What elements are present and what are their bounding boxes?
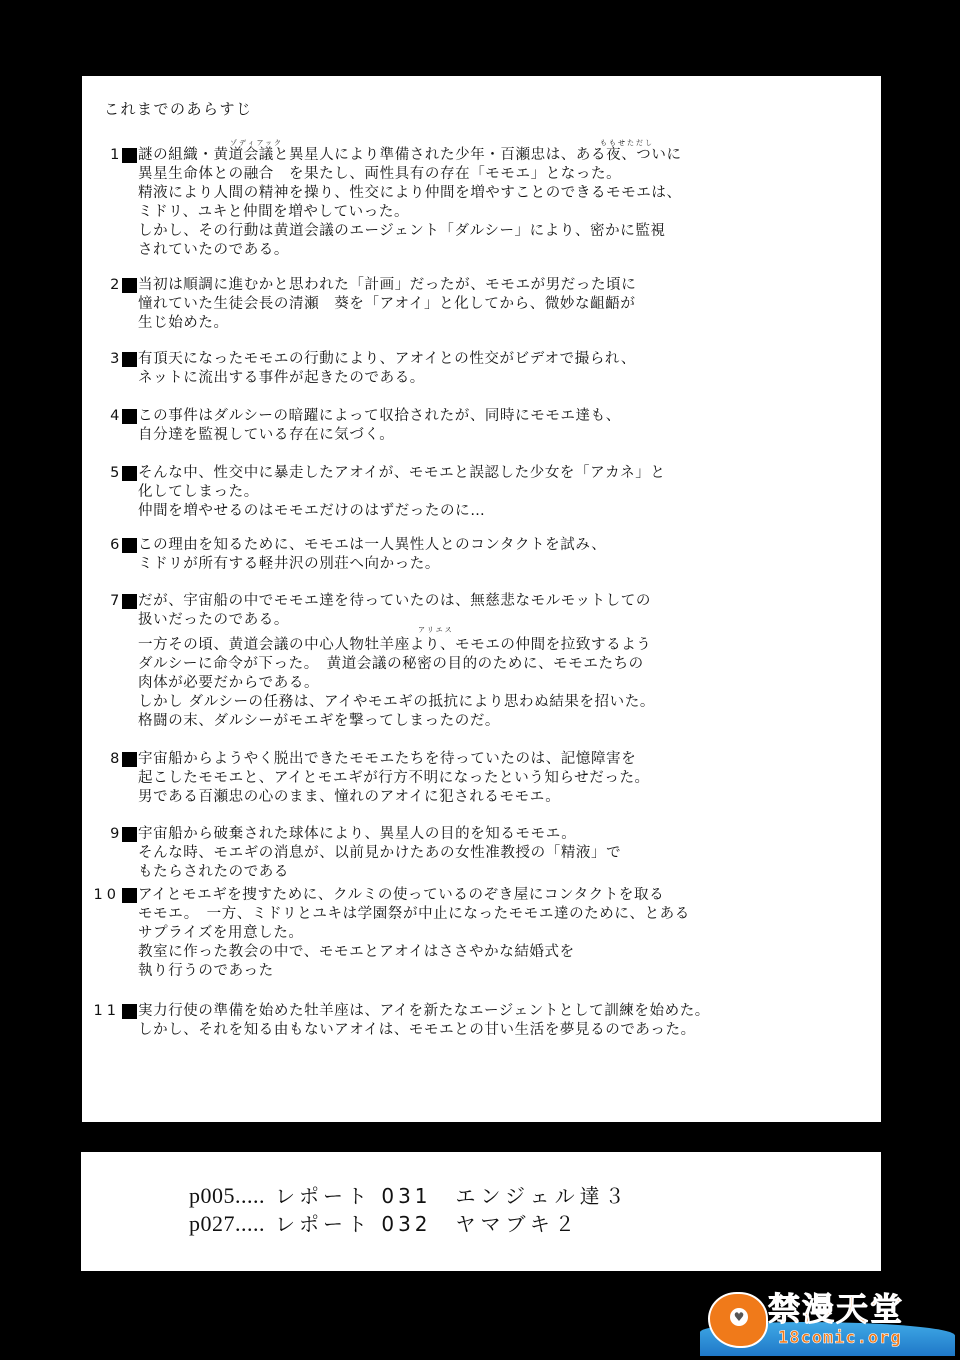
ruby-annotation: ゾディアック [230, 134, 283, 153]
bullet-square-icon [122, 352, 137, 367]
item-number: 4 [100, 407, 120, 426]
item-number: 6 [100, 536, 120, 555]
synopsis-item: 2 当初は順調に進むかと思われた「計画」だったが、モモエが男だった頃に 憧れてい… [100, 276, 636, 333]
text-line: 扱いだったのである。 [138, 611, 655, 630]
bullet-square-icon [122, 278, 137, 293]
text-line: 当初は順調に進むかと思われた「計画」だったが、モモエが男だった頃に [138, 276, 636, 295]
text-line: もたらされたのである [138, 863, 621, 882]
text-line: この事件はダルシーの暗躍によって収拾されたが、同時にモモエ達も、 [138, 407, 621, 426]
watermark-logo: ♥ 禁漫天堂 18comic.org [700, 1278, 955, 1356]
ruby-annotation: アリエス [418, 621, 454, 640]
text-line: 化してしまった。 [138, 483, 665, 502]
text-line: 異星生命体との融合 を果たし、両性具有の存在「モモエ」となった。 [138, 165, 682, 184]
text-line: ミドリ、ユキと仲間を増やしていった。 [138, 203, 682, 222]
synopsis-item: 9 宇宙船から破棄された球体により、異星人の目的を知るモモエ。 そんな時、モエギ… [100, 825, 621, 882]
synopsis-item: 8 宇宙船からようやく脱出できたモモエたちを待っていたのは、記憶障害を 起こした… [100, 750, 650, 807]
text-line: ネットに流出する事件が起きたのである。 [138, 369, 636, 388]
synopsis-panel: これまでのあらすじ 1 ゾディアック ももせただし 謎の組織・黄道会議と異星人に… [82, 76, 881, 1122]
bullet-square-icon [122, 594, 137, 609]
toc-title: ヤマブキ２ [456, 1212, 580, 1236]
bullet-square-icon [122, 888, 137, 903]
bullet-square-icon [122, 752, 137, 767]
item-number: 2 [100, 276, 120, 295]
item-number: 11 [84, 1002, 120, 1021]
toc-entry: p027.....レポート 032ヤマブキ２ [189, 1208, 590, 1237]
ruby-annotation: ももせただし [600, 134, 654, 153]
text-line: ミドリが所有する軽井沢の別荘へ向かった。 [138, 555, 606, 574]
watermark-url: 18comic.org [778, 1328, 902, 1348]
bullet-square-icon [122, 466, 137, 481]
text-line: この理由を知るために、モモエは一人異性人とのコンタクトを試み、 [138, 536, 606, 555]
text-line: 一方その頃、黄道会議の中心人物牡羊座より、モモエの仲間を拉致するよう [138, 636, 655, 655]
toc-entry: p005.....レポート 031エンジェル達３ [189, 1180, 640, 1209]
watermark-title: 禁漫天堂 [768, 1284, 904, 1330]
whale-heart-icon: ♥ [708, 1292, 768, 1348]
synopsis-item: 3 有頂天になったモモエの行動により、アオイとの性交がビデオで撮られ、 ネットに… [100, 350, 636, 388]
text-line: 仲間を増やせるのはモモエだけのはずだったのに… [138, 502, 665, 521]
item-number: 1 [100, 146, 120, 165]
text-line: そんな中、性交中に暴走したアオイが、モモエと誤認した少女を「アカネ」と [138, 464, 665, 483]
synopsis-item: 11 実力行使の準備を始めた牡羊座は、アイを新たなエージェントとして訓練を始めた… [100, 1002, 710, 1040]
bullet-square-icon [122, 1004, 137, 1019]
bullet-square-icon [122, 148, 137, 163]
synopsis-item: 7 アリエス だが、宇宙船の中でモモエ達を待っていたのは、無慈悲なモルモットして… [100, 592, 655, 731]
bullet-square-icon [122, 827, 137, 842]
bullet-square-icon [122, 409, 137, 424]
item-number: 7 [100, 592, 120, 611]
synopsis-item: 6 この理由を知るために、モモエは一人異性人とのコンタクトを試み、 ミドリが所有… [100, 536, 606, 574]
text-line: そんな時、モエギの消息が、以前見かけたあの女性准教授の「精液」で [138, 844, 621, 863]
text-line: しかし ダルシーの任務は、アイやモエギの抵抗により思わぬ結果を招いた。 [138, 693, 655, 712]
text-line: 実力行使の準備を始めた牡羊座は、アイを新たなエージェントとして訓練を始めた。 [138, 1002, 710, 1021]
text-line: 有頂天になったモモエの行動により、アオイとの性交がビデオで撮られ、 [138, 350, 636, 369]
text-line: 宇宙船から破棄された球体により、異星人の目的を知るモモエ。 [138, 825, 621, 844]
item-number: 8 [100, 750, 120, 769]
text-line: 宇宙船からようやく脱出できたモモエたちを待っていたのは、記憶障害を [138, 750, 650, 769]
table-of-contents: p005.....レポート 031エンジェル達３ p027.....レポート 0… [81, 1152, 881, 1271]
text-line: モモエ。 一方、ミドリとユキは学園祭が中止になったモモエ達のために、とある [138, 905, 690, 924]
toc-title: エンジェル達３ [456, 1184, 630, 1208]
item-number: 9 [100, 825, 120, 844]
synopsis-item: 5 そんな中、性交中に暴走したアオイが、モモエと誤認した少女を「アカネ」と 化し… [100, 464, 665, 521]
synopsis-item: 10 アイとモエギを捜すために、クルミの使っているのぞき屋にコンタクトを取る モ… [100, 886, 690, 981]
text-line: 肉体が必要だからである。 [138, 674, 655, 693]
toc-dots: ..... [235, 1211, 265, 1236]
item-number: 5 [100, 464, 120, 483]
text-line: しかし、その行動は黄道会議のエージェント「ダルシー」により、密かに監視 [138, 222, 682, 241]
toc-page: p005 [189, 1183, 235, 1208]
text-line: ダルシーに命令が下った。 黄道会議の秘密の目的のために、モモエたちの [138, 655, 655, 674]
text-line: 格闘の末、ダルシーがモエギを撃ってしまったのだ。 [138, 712, 655, 731]
heart-icon: ♥ [730, 1308, 748, 1326]
toc-dots: ..... [235, 1183, 265, 1208]
text-line: 生じ始めた。 [138, 314, 636, 333]
synopsis-item: 1 ゾディアック ももせただし 謎の組織・黄道会議と異星人により準備された少年・… [100, 146, 682, 260]
text-line: されていたのである。 [138, 241, 682, 260]
synopsis-heading: これまでのあらすじ [104, 98, 253, 119]
text-line: 男である百瀬忠の心のまま、憧れのアオイに犯されるモモエ。 [138, 788, 650, 807]
text-line: アイとモエギを捜すために、クルミの使っているのぞき屋にコンタクトを取る [138, 886, 690, 905]
text-line: だが、宇宙船の中でモモエ達を待っていたのは、無慈悲なモルモットしての [138, 592, 655, 611]
text-line: しかし、それを知る由もないアオイは、モモエとの甘い生活を夢見るのであった。 [138, 1021, 710, 1040]
synopsis-item: 4 この事件はダルシーの暗躍によって収拾されたが、同時にモモエ達も、 自分達を監… [100, 407, 621, 445]
toc-page: p027 [189, 1211, 235, 1236]
item-number: 3 [100, 350, 120, 369]
item-number: 10 [84, 886, 120, 905]
text-line: 自分達を監視している存在に気づく。 [138, 426, 621, 445]
text-line: サプライズを用意した。 [138, 924, 690, 943]
bullet-square-icon [122, 538, 137, 553]
text-line: 教室に作った教会の中で、モモエとアオイはささやかな結婚式を [138, 943, 690, 962]
text-line: 起こしたモモエと、アイとモエギが行方不明になったという知らせだった。 [138, 769, 650, 788]
text-line: 精液により人間の精神を操り、性交により仲間を増やすことのできるモモエは、 [138, 184, 682, 203]
text-line: 憧れていた生徒会長の清瀬 葵を「アオイ」と化してから、微妙な齟齬が [138, 295, 636, 314]
text-line: 執り行うのであった [138, 962, 690, 981]
toc-report: レポート 032 [275, 1212, 432, 1236]
toc-report: レポート 031 [275, 1184, 432, 1208]
